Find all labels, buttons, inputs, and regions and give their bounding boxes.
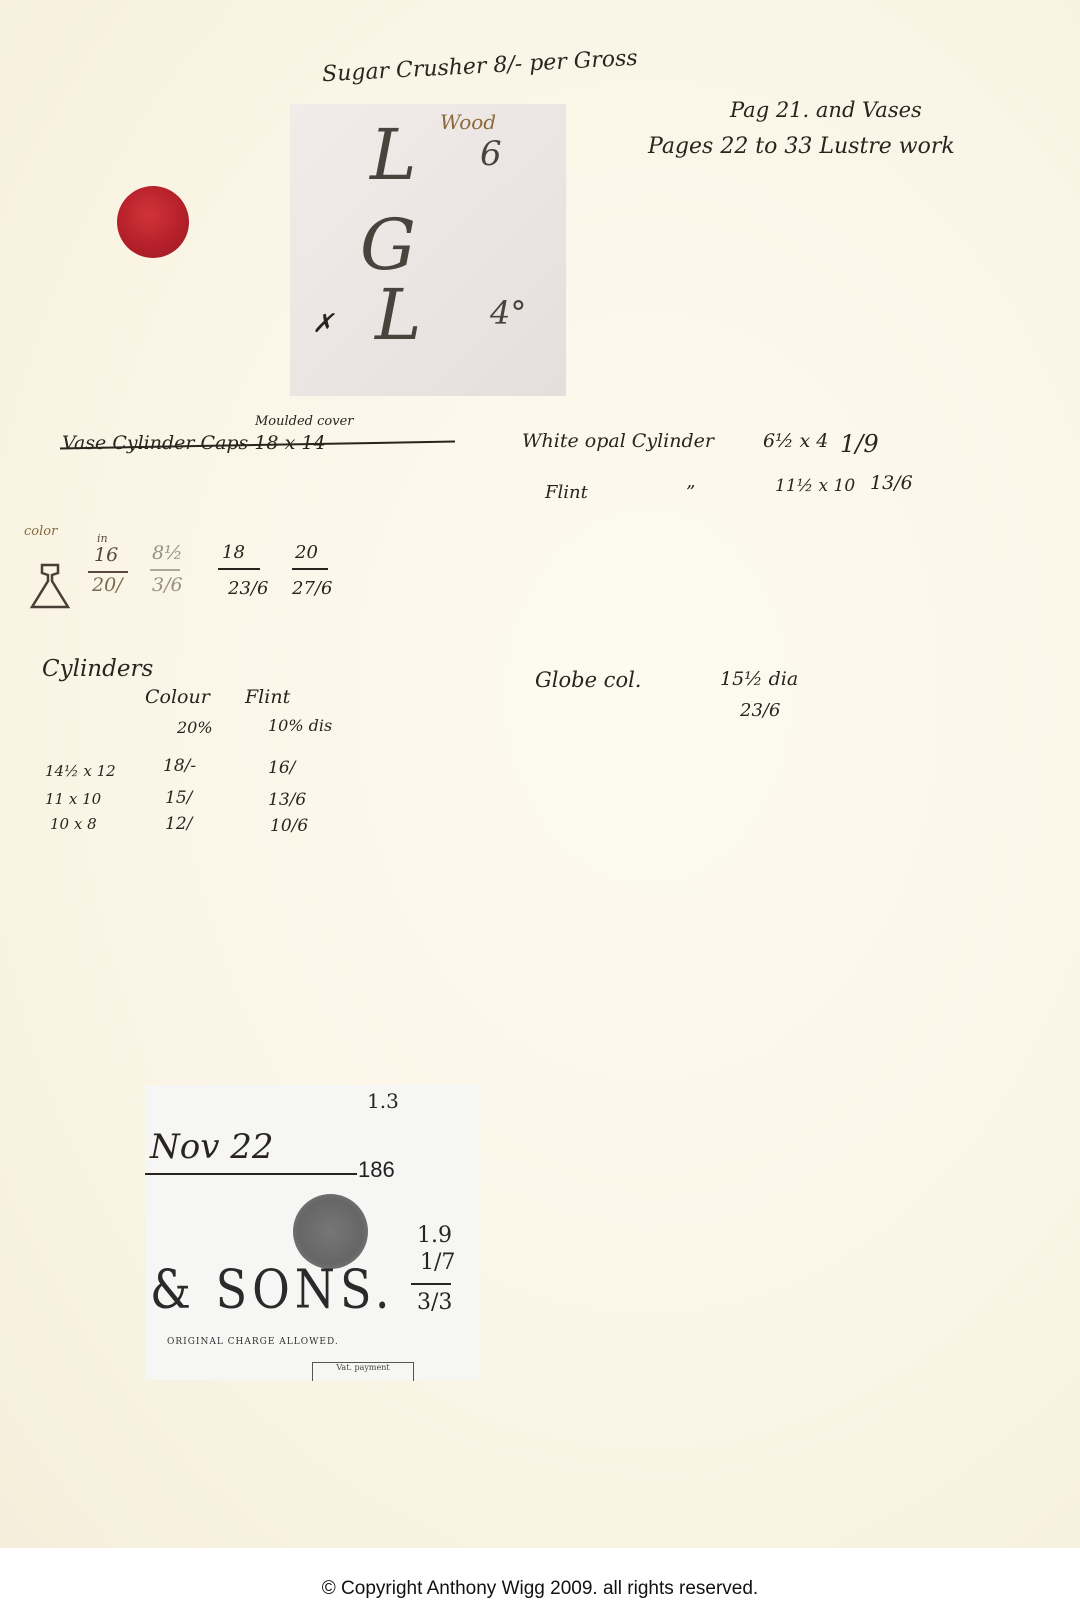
cylinder-flint-price: 16/ [268, 758, 295, 778]
cylinder-colour-price: 18/- [163, 756, 196, 776]
flask-item-4-bottom: 27/6 [292, 578, 332, 599]
flask-item-2-top: 8½ [152, 542, 183, 564]
globe-size: 15½ dia [720, 668, 798, 690]
red-wax-seal [117, 186, 189, 258]
cylinder-size: 11 x 10 [45, 790, 101, 808]
cylinder-colour-price: 15/ [165, 788, 192, 808]
struck-note-above: Moulded cover [255, 414, 354, 429]
cylinder-flint-price: 10/6 [270, 816, 308, 836]
ledger-page: Sugar Crusher 8/- per Gross Pag 21. and … [0, 0, 1080, 1548]
monogram-number-6: 6 [480, 134, 502, 174]
page-ref-2: Pages 22 to 33 Lustre work [648, 134, 955, 159]
opal-size: 6½ x 4 [763, 430, 828, 452]
receipt-box: Vat. payment [312, 1362, 414, 1381]
flint-price: 13/6 [870, 472, 913, 494]
flask-item-4-top: 20 [295, 542, 318, 563]
receipt-top-number: 1.3 [367, 1089, 399, 1113]
monogram-letter-top: L [370, 114, 416, 196]
cylinder-size: 14½ x 12 [45, 762, 116, 780]
monogram-cutout: Wood L G L 6 4° ✗ [290, 104, 566, 396]
cylinders-header-colour: Colour [145, 686, 210, 708]
flask-label: color [24, 524, 57, 539]
flask-item-2-bottom: 3/6 [152, 574, 183, 596]
cylinders-header-flint: Flint [245, 686, 290, 708]
receipt-sum-total: 3/3 [417, 1290, 452, 1315]
page-ref-1: Pag 21. and Vases [730, 98, 922, 122]
receipt-date: Nov 22 [150, 1127, 274, 1167]
copyright-notice: © Copyright Anthony Wigg 2009. all right… [0, 1578, 1080, 1600]
receipt-fine-print: ORIGINAL CHARGE ALLOWED. [167, 1337, 339, 1347]
opal-label: White opal Cylinder [522, 430, 714, 452]
monogram-letter-bot: L [375, 274, 421, 356]
flask-item-3-bottom: 23/6 [228, 578, 268, 599]
receipt-cutout: 1.3 Nov 22 186 1.9 1/7 3/3 [145, 1085, 480, 1380]
receipt-sum-2: 1/7 [420, 1250, 455, 1275]
cylinders-discount-colour: 20% [177, 718, 213, 737]
receipt-year: 186 [358, 1157, 395, 1183]
header-note: Sugar Crusher 8/- per Gross [322, 46, 639, 87]
cylinder-flint-price: 13/6 [268, 790, 306, 810]
receipt-sum-1: 1.9 [417, 1223, 452, 1248]
flint-label: Flint [545, 482, 588, 503]
cylinders-discount-flint: 10% dis [268, 716, 332, 735]
flask-item-3-top: 18 [222, 542, 245, 563]
flask-icon [28, 563, 72, 609]
globe-label: Globe col. [535, 668, 641, 692]
monogram-number-4: 4° [490, 294, 526, 332]
cross-mark: ✗ [312, 309, 334, 339]
flint-size: 11½ x 10 [775, 476, 855, 496]
flint-ditto: ” [686, 482, 695, 503]
cylinder-size: 10 x 8 [50, 815, 97, 833]
receipt-firm-name: & SONS. [150, 1258, 395, 1320]
globe-price: 23/6 [740, 700, 780, 721]
monogram-label: Wood [440, 110, 496, 134]
cylinder-colour-price: 12/ [165, 814, 192, 834]
flask-item-1-bottom: 20/ [92, 574, 123, 596]
cylinders-title: Cylinders [42, 656, 153, 682]
opal-price: 1/9 [840, 430, 879, 458]
flask-item-1-top: 16 [94, 544, 118, 566]
